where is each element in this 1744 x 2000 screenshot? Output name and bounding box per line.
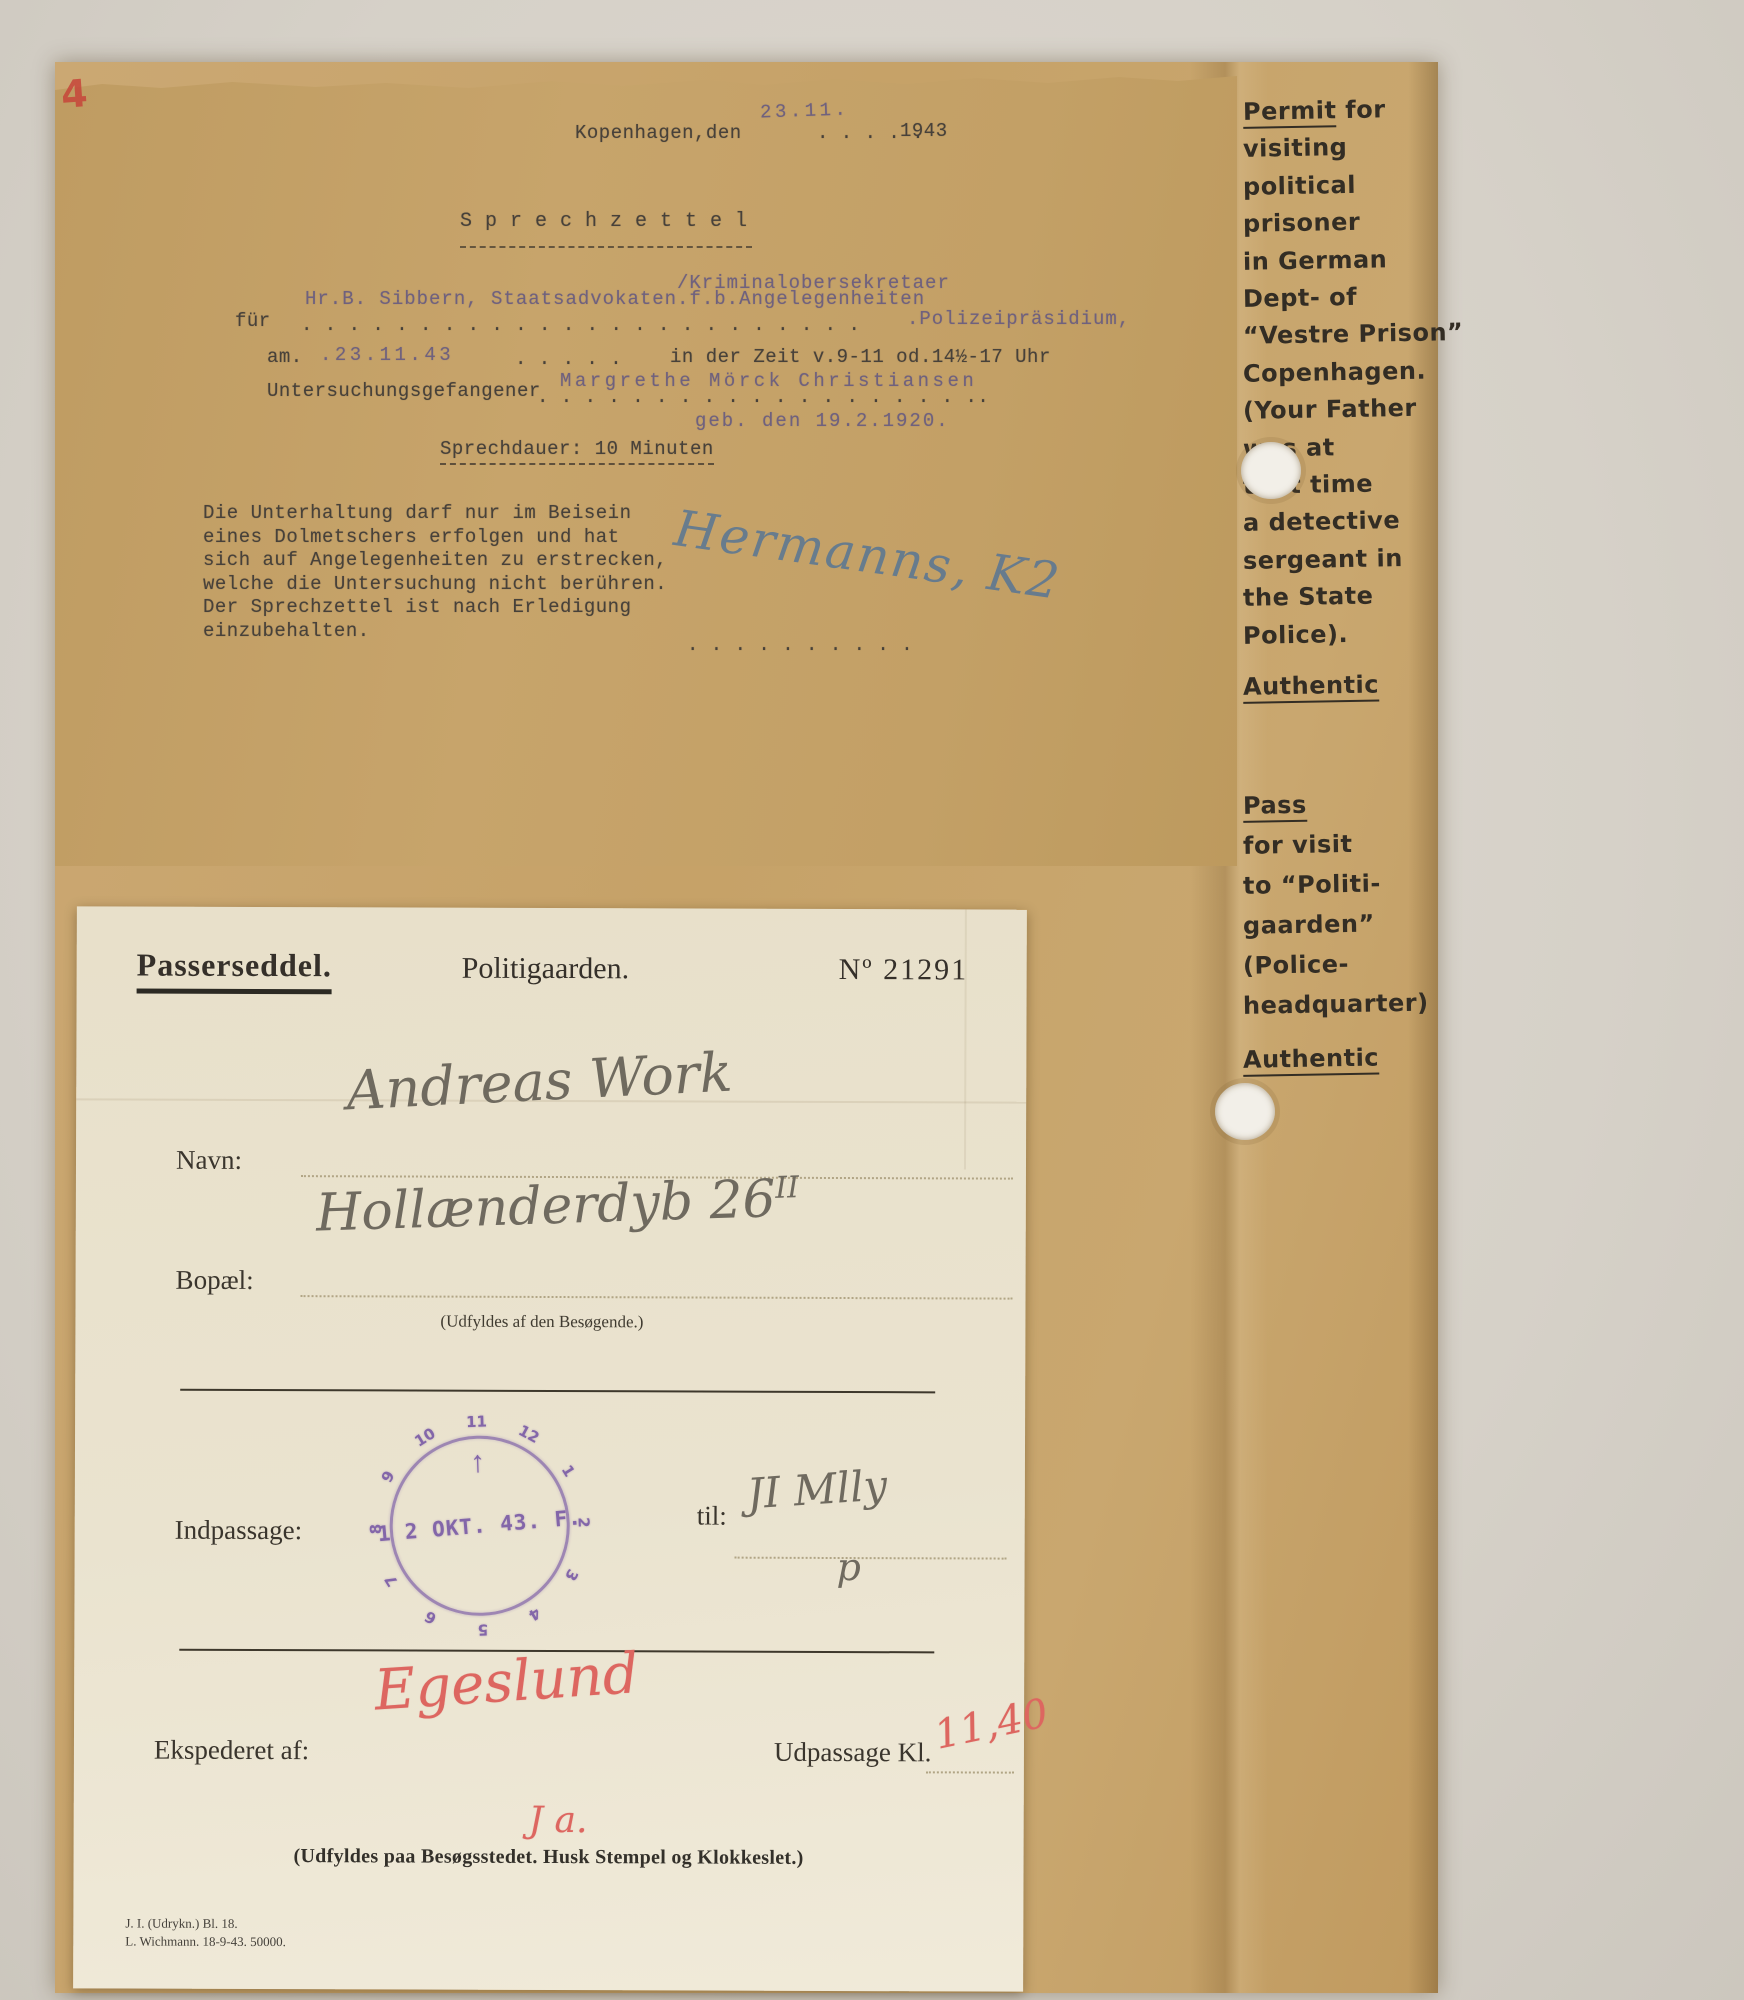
margin-line: prisoner [1243, 202, 1454, 243]
sprechzettel-document: Kopenhagen,den 23.11. . . . . . 1943 S p… [55, 74, 1237, 866]
stamp-clock-number: 9 [378, 1468, 399, 1486]
paper-crease [964, 909, 967, 1169]
stamp-arrow-icon: ↑ [470, 1446, 486, 1480]
divider-rule [180, 1389, 935, 1394]
handwritten-name: Andreas Work [345, 1041, 734, 1123]
official-signature: Hermanns, K2 [671, 499, 1065, 611]
margin-line: “Vestre Prison” [1243, 315, 1454, 356]
paragraph-line: einzubehalten. [203, 620, 667, 644]
form-number: Nº 21291 [839, 953, 969, 987]
am-dots: . . . . . [515, 348, 622, 370]
address-text: Hollænderdyb 26 [315, 1169, 777, 1243]
margin-line: in German [1243, 240, 1454, 281]
underlined-word: Pass [1243, 791, 1307, 823]
stamp-clock-number: 3 [561, 1566, 582, 1584]
prisoner-label: Untersuchungsgefangener [267, 380, 541, 402]
margin-line: political [1243, 165, 1454, 206]
margin-note-permit: Permit for visiting political prisoner i… [1243, 92, 1453, 705]
margin-line: the State [1243, 576, 1454, 617]
print-reference: J. I. (Udrykn.) Bl. 18. [125, 1915, 237, 1932]
address-floor-superscript: II [775, 1170, 800, 1206]
stamp-clock-number: 12 [515, 1421, 542, 1447]
stamp-clock-number: 5 [477, 1621, 488, 1639]
fuer-dots: . . . . . . . . . . . . . . . . . . . . … [301, 314, 860, 336]
margin-line: headquarter) [1243, 982, 1454, 1026]
album-page: 4 Kopenhagen,den 23.11. . . . . . 1943 S… [55, 62, 1438, 1993]
margin-line: Permit for [1243, 90, 1454, 131]
margin-line: sergeant in [1243, 539, 1454, 580]
margin-line: Dept- of [1243, 277, 1454, 318]
processed-by-label: Ekspederet af: [154, 1735, 309, 1767]
margin-line: (Police- [1243, 942, 1454, 986]
paragraph-line: Die Unterhaltung darf nur im Beisein [203, 502, 667, 526]
stamp-clock-number: 11 [466, 1412, 487, 1431]
number-label: Nº [839, 953, 874, 986]
filled-visitor-name: Hr.B. Sibbern, Staatsadvokaten.f.b.Angel… [305, 288, 925, 310]
stamp-clock-number: 6 [422, 1607, 440, 1628]
margin-line: to “Politi- [1243, 862, 1454, 906]
stamp-clock-number: 4 [525, 1604, 543, 1625]
form-subtitle: Politigaarden. [462, 952, 630, 987]
underlined-word: Permit [1243, 96, 1337, 129]
stamp-clock-number: 8 [367, 1524, 385, 1535]
til-label: til: [697, 1501, 727, 1532]
paragraph-line: Der Sprechzettel ist nach Erledigung [203, 596, 667, 620]
print-reference: L. Wichmann. 18-9-43. 50000. [125, 1933, 286, 1951]
address-fill-line [301, 1295, 1013, 1299]
handwritten-flourish: p [837, 1545, 861, 1589]
handwritten-address: Hollænderdyb 26II [315, 1168, 800, 1243]
margin-line: a detective [1243, 502, 1454, 543]
margin-line: for visit [1243, 822, 1454, 866]
name-label: Navn: [176, 1145, 242, 1176]
filled-prisoner-name: Margrethe Mörck Christiansen [560, 370, 977, 392]
margin-line: Copenhagen. [1243, 352, 1454, 393]
conditions-paragraph: Die Unterhaltung darf nur im Beisein ein… [203, 502, 667, 643]
paragraph-line: sich auf Angelegenheiten zu erstrecken, [203, 549, 667, 573]
station-fill-note: (Udfyldes paa Besøgsstedet. Husk Stempel… [74, 1844, 1024, 1870]
clerk-signature: Egeslund [372, 1641, 640, 1723]
year: 1943 [900, 120, 948, 142]
handwritten-exit-time: 11,40 [931, 1690, 1053, 1758]
title-underline [460, 246, 752, 248]
duration-line: Sprechdauer: 10 Minuten [440, 438, 714, 465]
exit-time-fill-line [926, 1771, 1014, 1773]
filled-date: 23.11. [760, 98, 850, 123]
number-value: 21291 [883, 953, 968, 986]
margin-line: (Your Father [1243, 389, 1454, 430]
exit-time-label: Udpassage Kl. [774, 1737, 932, 1769]
stamp-date: 1 2 OKT. 43. F. [377, 1505, 583, 1546]
authentic-note: Authentic [1243, 671, 1380, 704]
visit-time-text: in der Zeit v.9-11 od.14½-17 Uhr [670, 346, 1051, 368]
fuer-label: für [235, 310, 271, 332]
am-label: am. [267, 346, 303, 368]
city-date-prefix: Kopenhagen,den [575, 122, 742, 144]
paragraph-line: welche die Untersuchung nicht berühren. [203, 573, 667, 597]
stamp-clock-number: 10 [411, 1424, 438, 1450]
clerk-initials: J a. [529, 1800, 588, 1841]
signature-dots: . . . . . . . . . . [687, 634, 913, 656]
stamp-clock-number: 2 [575, 1517, 593, 1528]
passerseddel-document: Passerseddel. Politigaarden. Nº 21291 Na… [73, 906, 1027, 1991]
paragraph-line: eines Dolmetschers erfolgen und hat [203, 526, 667, 550]
authentic-note: Authentic [1243, 1043, 1380, 1076]
filled-birthdate: geb. den 19.2.1920. [695, 410, 950, 432]
filled-visit-date: .23.11.43 [320, 344, 454, 366]
margin-note-pass: Pass for visit to “Politi- gaarden” (Pol… [1243, 784, 1453, 1078]
margin-line: Authentic [1243, 1036, 1454, 1080]
margin-line: Pass [1243, 782, 1454, 826]
margin-line: Police). [1243, 614, 1454, 655]
til-fill-line [735, 1557, 1007, 1560]
stamp-clock-number: 1 [558, 1462, 579, 1480]
form-title: Passerseddel. [137, 947, 332, 995]
margin-line-rest: for [1336, 95, 1386, 124]
punch-hole [1215, 1083, 1275, 1140]
punch-hole [1241, 442, 1301, 499]
visitor-fill-note: (Udfyldes af den Besøgende.) [440, 1312, 643, 1333]
filled-polizeipraesidium: .Polizeipräsidium, [907, 308, 1130, 330]
address-label: Bopæl: [176, 1265, 254, 1296]
page-number-annotation: 4 [59, 71, 88, 117]
margin-line: gaarden” [1243, 902, 1454, 946]
scanned-page: 4 Kopenhagen,den 23.11. . . . . . 1943 S… [0, 0, 1744, 2000]
margin-line: Authentic [1243, 665, 1454, 706]
entry-label: Indpassage: [175, 1515, 303, 1546]
margin-line: visiting [1243, 128, 1454, 169]
stamp-clock-number: 7 [381, 1571, 402, 1589]
handwritten-destination: JI Mlly [745, 1460, 888, 1518]
date-stamp: ↑ 1 2 OKT. 43. F. 1 2 3 4 5 6 7 8 9 10 1… [356, 1402, 603, 1649]
document-title: S p r e c h z e t t e l [460, 210, 748, 233]
